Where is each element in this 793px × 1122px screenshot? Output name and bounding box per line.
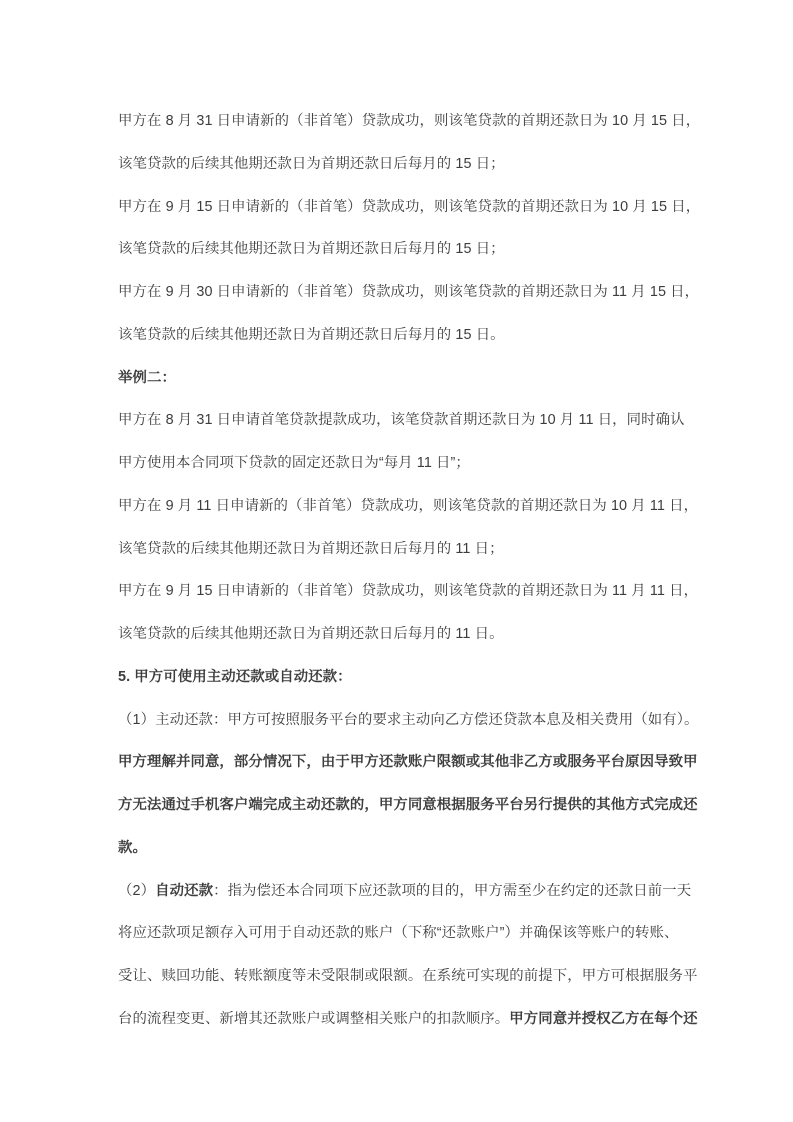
text-line: 该笔贷款的后续其他期还款日为首期还款日后每月的 15 日； bbox=[118, 143, 683, 186]
text-segment: 该笔贷款的后续其他期还款日为首期还款日后每月的 11 日； bbox=[118, 541, 504, 557]
text-segment: 款。 bbox=[118, 840, 147, 856]
text-segment: 甲方在 9 月 11 日申请新的（非首笔）贷款成功，则该笔贷款的首期还款日为 1… bbox=[118, 498, 698, 514]
text-segment: 台的流程变更、新增其还款账户或调整相关账户的扣款顺序。 bbox=[118, 1011, 509, 1027]
text-segment: ：指为偿还本合同项下应还款项的目的，甲方需至少在约定的还款日前一天 bbox=[213, 883, 691, 899]
text-line: （1）主动还款：甲方可按照服务平台的要求主动向乙方偿还贷款本息及相关费用（如有）… bbox=[118, 699, 683, 742]
text-line: 甲方理解并同意，部分情况下，由于甲方还款账户限额或其他非乙方或服务平台原因导致甲 bbox=[118, 741, 683, 784]
text-line: 5. 甲方可使用主动还款或自动还款： bbox=[118, 656, 683, 699]
text-segment: 受让、赎回功能、转账额度等未受限制或限额。在系统可实现的前提下，甲方可根据服务平 bbox=[118, 968, 698, 984]
text-segment: 甲方在 8 月 31 日申请首笔贷款提款成功，该笔贷款首期还款日为 10 月 1… bbox=[118, 412, 685, 428]
document-page: 甲方在 8 月 31 日申请新的（非首笔）贷款成功，则该笔贷款的首期还款日为 1… bbox=[0, 0, 793, 1122]
text-line: 该笔贷款的后续其他期还款日为首期还款日后每月的 15 日； bbox=[118, 228, 683, 271]
text-segment: 甲方理解并同意，部分情况下，由于甲方还款账户限额或其他非乙方或服务平台原因导致甲 bbox=[118, 754, 698, 770]
text-line: 该笔贷款的后续其他期还款日为首期还款日后每月的 15 日。 bbox=[118, 314, 683, 357]
text-segment: 甲方在 9 月 15 日申请新的（非首笔）贷款成功，则该笔贷款的首期还款日为 1… bbox=[118, 199, 700, 215]
text-line: 甲方在 9 月 15 日申请新的（非首笔）贷款成功，则该笔贷款的首期还款日为 1… bbox=[118, 186, 683, 229]
text-segment: 5. 甲方可使用主动还款或自动还款： bbox=[118, 669, 352, 685]
text-segment: 该笔贷款的后续其他期还款日为首期还款日后每月的 15 日； bbox=[118, 241, 505, 257]
text-segment: 甲方在 9 月 30 日申请新的（非首笔）贷款成功，则该笔贷款的首期还款日为 1… bbox=[118, 284, 699, 300]
text-segment: 该笔贷款的后续其他期还款日为首期还款日后每月的 15 日。 bbox=[118, 327, 505, 343]
text-line: 方无法通过手机客户端完成主动还款的，甲方同意根据服务平台另行提供的其他方式完成还 bbox=[118, 784, 683, 827]
text-line: 甲方在 9 月 30 日申请新的（非首笔）贷款成功，则该笔贷款的首期还款日为 1… bbox=[118, 271, 683, 314]
text-line: 甲方在 8 月 31 日申请新的（非首笔）贷款成功，则该笔贷款的首期还款日为 1… bbox=[118, 100, 683, 143]
text-segment: 将应还款项足额存入可用于自动还款的账户（下称“还款账户”）并确保该等账户的转账、 bbox=[118, 925, 678, 941]
text-line: 甲方在 9 月 15 日申请新的（非首笔）贷款成功，则该笔贷款的首期还款日为 1… bbox=[118, 570, 683, 613]
text-line: （2）自动还款：指为偿还本合同项下应还款项的目的，甲方需至少在约定的还款日前一天 bbox=[118, 870, 683, 913]
text-line: 该笔贷款的后续其他期还款日为首期还款日后每月的 11 日； bbox=[118, 528, 683, 571]
text-segment: 该笔贷款的后续其他期还款日为首期还款日后每月的 15 日； bbox=[118, 156, 505, 172]
text-line: 款。 bbox=[118, 827, 683, 870]
text-line: 台的流程变更、新增其还款账户或调整相关账户的扣款顺序。甲方同意并授权乙方在每个还 bbox=[118, 998, 683, 1041]
text-segment: （1）主动还款：甲方可按照服务平台的要求主动向乙方偿还贷款本息及相关费用（如有）… bbox=[118, 712, 699, 728]
text-segment: 方无法通过手机客户端完成主动还款的，甲方同意根据服务平台另行提供的其他方式完成还 bbox=[118, 797, 698, 813]
text-line: 将应还款项足额存入可用于自动还款的账户（下称“还款账户”）并确保该等账户的转账、 bbox=[118, 912, 683, 955]
text-segment: 甲方在 8 月 31 日申请新的（非首笔）贷款成功，则该笔贷款的首期还款日为 1… bbox=[118, 113, 700, 129]
text-segment: 该笔贷款的后续其他期还款日为首期还款日后每月的 11 日。 bbox=[118, 626, 504, 642]
text-line: 甲方在 9 月 11 日申请新的（非首笔）贷款成功，则该笔贷款的首期还款日为 1… bbox=[118, 485, 683, 528]
text-segment: 甲方同意并授权乙方在每个还 bbox=[509, 1011, 697, 1027]
text-line: 甲方在 8 月 31 日申请首笔贷款提款成功，该笔贷款首期还款日为 10 月 1… bbox=[118, 399, 683, 442]
document-body: 甲方在 8 月 31 日申请新的（非首笔）贷款成功，则该笔贷款的首期还款日为 1… bbox=[118, 100, 683, 1041]
text-line: 该笔贷款的后续其他期还款日为首期还款日后每月的 11 日。 bbox=[118, 613, 683, 656]
text-segment: 甲方在 9 月 15 日申请新的（非首笔）贷款成功，则该笔贷款的首期还款日为 1… bbox=[118, 583, 698, 599]
text-segment: 甲方使用本合同项下贷款的固定还款日为“每月 11 日”； bbox=[118, 455, 470, 471]
text-line: 受让、赎回功能、转账额度等未受限制或限额。在系统可实现的前提下，甲方可根据服务平 bbox=[118, 955, 683, 998]
text-segment: 举例二： bbox=[118, 370, 176, 386]
text-segment: 自动还款 bbox=[155, 883, 213, 899]
text-segment: （2） bbox=[118, 883, 155, 899]
text-line: 举例二： bbox=[118, 357, 683, 400]
text-line: 甲方使用本合同项下贷款的固定还款日为“每月 11 日”； bbox=[118, 442, 683, 485]
